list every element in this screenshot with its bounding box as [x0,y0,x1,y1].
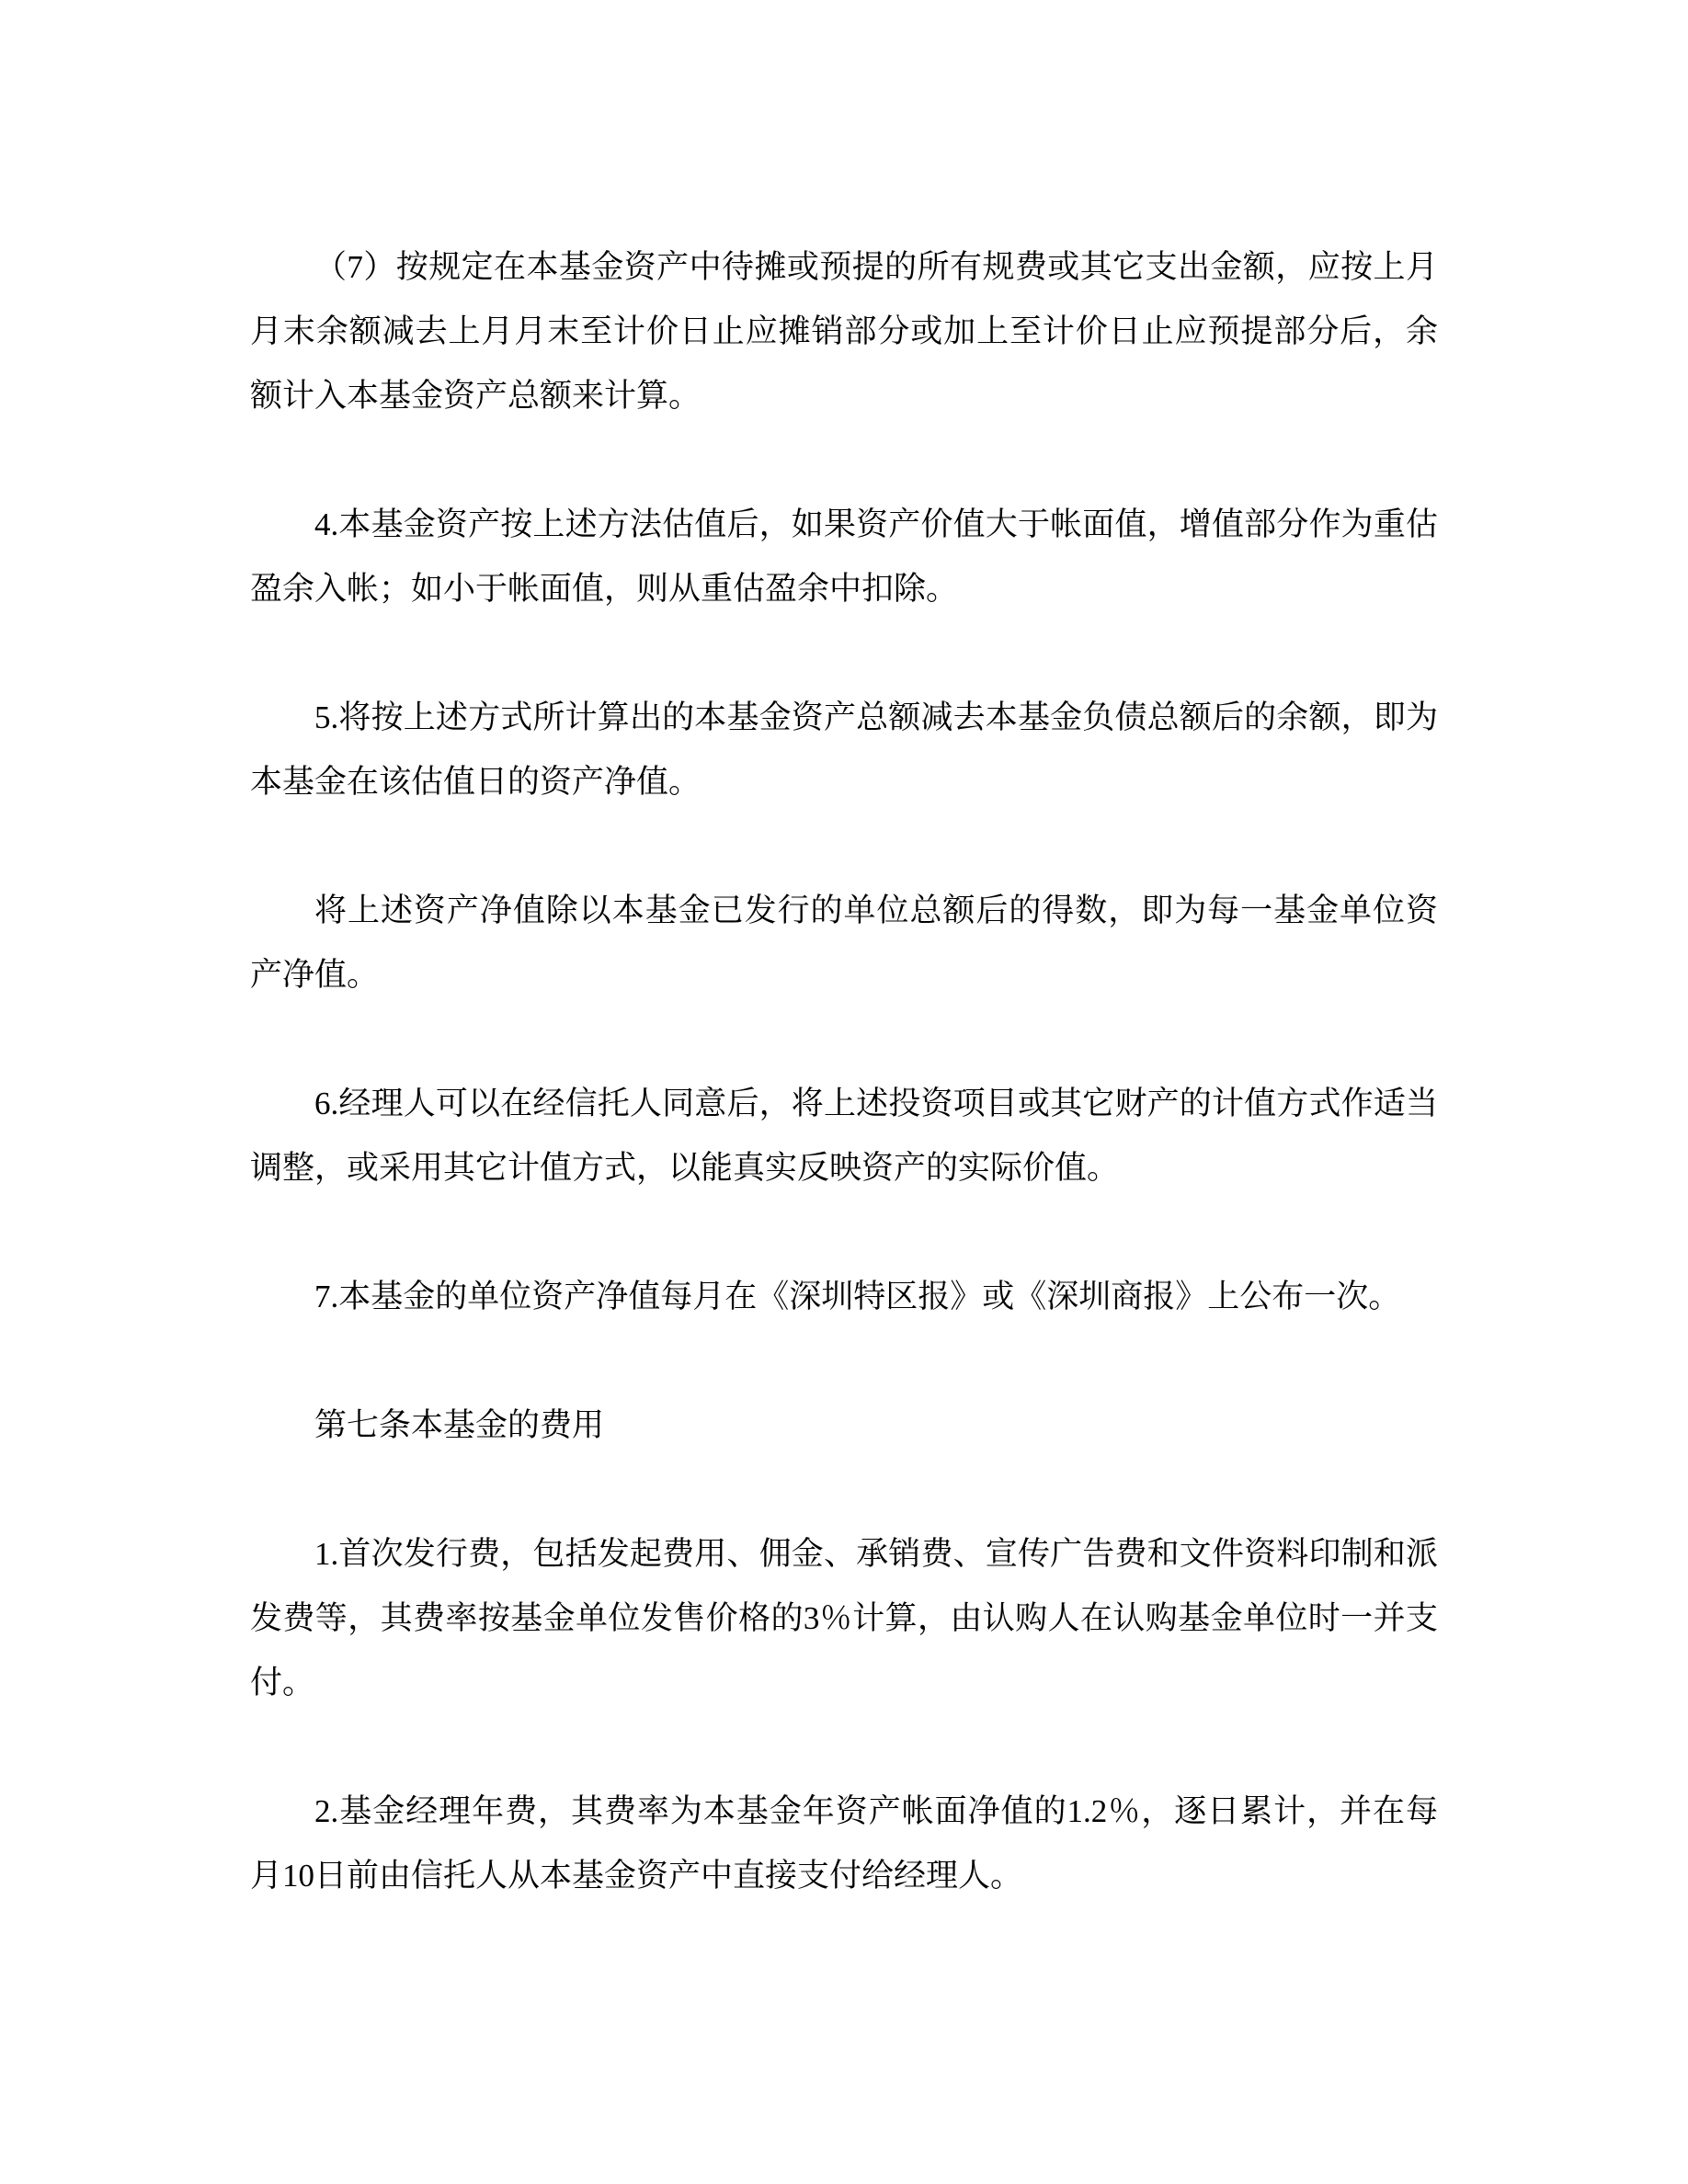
document-paragraph: 5.将按上述方式所计算出的本基金资产总额减去本基金负债总额后的余额，即为本基金在… [250,686,1438,814]
document-text-block: （7）按规定在本基金资产中待摊或预提的所有规费或其它支出金额，应按上月月末余额减… [250,235,1438,1973]
document-paragraph: 1.首次发行费，包括发起费用、佣金、承销费、宣传广告费和文件资料印制和派发费等，… [250,1522,1438,1715]
document-paragraph: （7）按规定在本基金资产中待摊或预提的所有规费或其它支出金额，应按上月月末余额减… [250,235,1438,428]
document-page: （7）按规定在本基金资产中待摊或预提的所有规费或其它支出金额，应按上月月末余额减… [0,0,1688,2184]
section-heading: 第七条本基金的费用 [250,1393,1438,1458]
document-paragraph: 2.基金经理年费，其费率为本基金年资产帐面净值的1.2％，逐日累计，并在每月10… [250,1780,1438,1908]
document-paragraph: 将上述资产净值除以本基金已发行的单位总额后的得数，即为每一基金单位资产净值。 [250,879,1438,1007]
document-paragraph: 4.本基金资产按上述方法估值后，如果资产价值大于帐面值，增值部分作为重估盈余入帐… [250,493,1438,621]
document-paragraph: 6.经理人可以在经信托人同意后，将上述投资项目或其它财产的计值方式作适当调整，或… [250,1072,1438,1200]
document-paragraph: 7.本基金的单位资产净值每月在《深圳特区报》或《深圳商报》上公布一次。 [250,1265,1438,1329]
